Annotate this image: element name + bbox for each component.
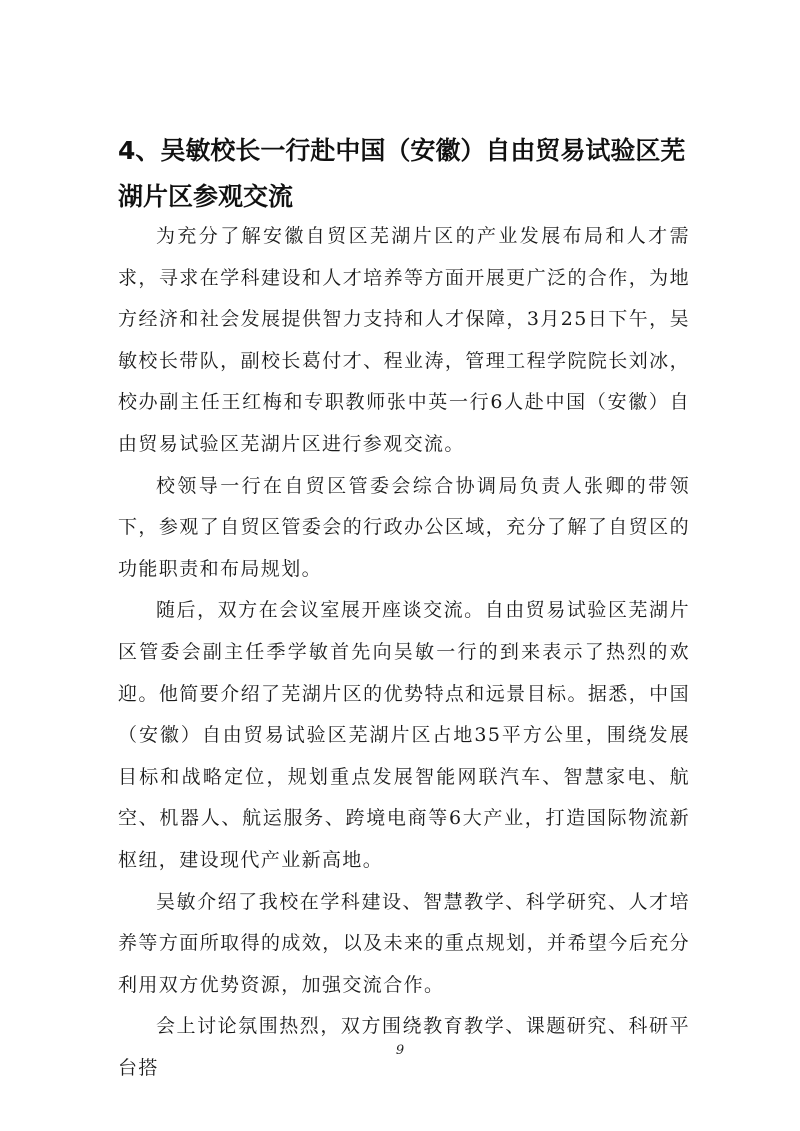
paragraph: 为充分了解安徽自贸区芜湖片区的产业发展布局和人才需求，寻求在学科建设和人才培养等… (118, 216, 690, 466)
article-body: 为充分了解安徽自贸区芜湖片区的产业发展布局和人才需求，寻求在学科建设和人才培养等… (118, 216, 690, 1089)
paragraph: 校领导一行在自贸区管委会综合协调局负责人张卿的带领下，参观了自贸区管委会的行政办… (118, 466, 690, 591)
paragraph: 吴敏介绍了我校在学科建设、智慧教学、科学研究、人才培养等方面所取得的成效，以及未… (118, 882, 690, 1007)
page-number: 9 (0, 1043, 800, 1058)
section-heading: 4、吴敏校长一行赴中国（安徽）自由贸易试验区芜湖片区参观交流 (118, 128, 698, 220)
paragraph: 随后，双方在会议室展开座谈交流。自由贸易试验区芜湖片区管委会副主任季学敏首先向吴… (118, 590, 690, 881)
document-page: 4、吴敏校长一行赴中国（安徽）自由贸易试验区芜湖片区参观交流 为充分了解安徽自贸… (0, 0, 800, 1131)
